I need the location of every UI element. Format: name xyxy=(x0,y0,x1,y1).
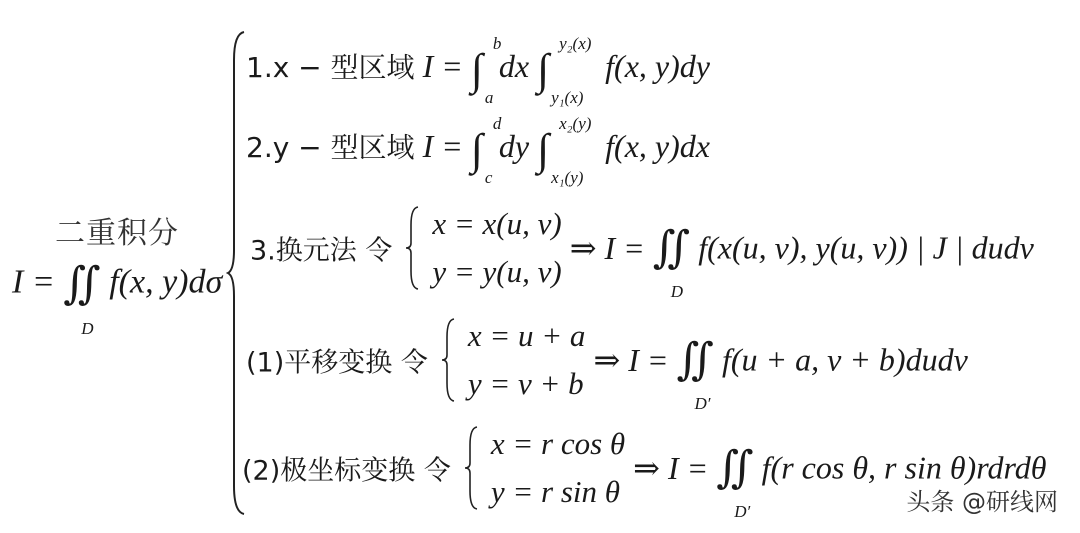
watermark: 头条 @研线网 xyxy=(906,482,1058,517)
section-title: 二重积分 xyxy=(55,208,179,252)
brace-icon xyxy=(463,425,479,511)
formula-y-type: 2.y − 型区域 I = ∫dc dy ∫x₂(y)x₁(y) f(x, y)… xyxy=(246,126,710,172)
double-integral-sign: ∬D xyxy=(63,262,100,307)
formula-translation: (1)平移变换 令 x = u + ay = v + b ⇒ I = ∬D′ f… xyxy=(246,312,968,408)
brace-icon xyxy=(404,205,420,291)
main-formula: I = ∬D f(x, y)dσ xyxy=(12,262,222,307)
formula-substitution: 3.换元法 令 x = x(u, v)y = y(u, v) ⇒ I = ∬D … xyxy=(250,200,1034,296)
brace-icon xyxy=(440,317,456,403)
formula-x-type: 1.x − 型区域 I = ∫ba dx ∫y₂(x)y₁(x) f(x, y)… xyxy=(246,46,710,92)
